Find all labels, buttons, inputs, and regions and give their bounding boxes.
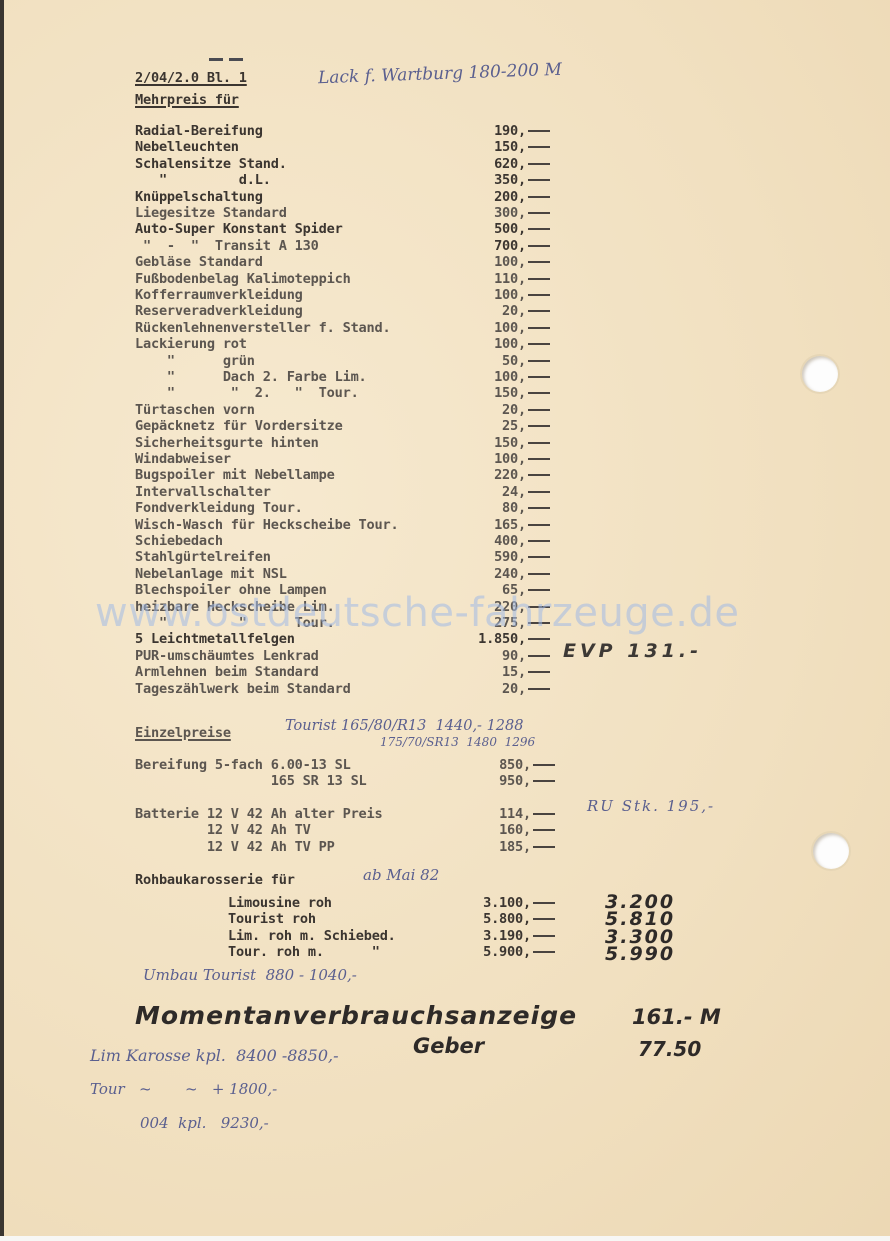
- list-item: Bereifung 5-fach 6.00-13 SL850,: [0, 757, 890, 773]
- list-item: Schalensitze Stand.620,: [0, 156, 890, 172]
- list-item: Tageszählwerk beim Standard20,: [0, 681, 890, 697]
- handnote-ab-mai-82: ab Mai 82: [363, 866, 439, 884]
- handnote-004-kpl: 004 kpl. 9230,-: [140, 1114, 269, 1132]
- list-item: Lim. roh m. Schiebed.3.190,3.300: [0, 928, 890, 944]
- scanned-document-page: 2/04/2.0 Bl. 1 Mehrpreis für Lack f. War…: [0, 0, 890, 1238]
- list-item: Schiebedach400,: [0, 533, 890, 549]
- list-item: " - " Transit A 130700,: [0, 238, 890, 254]
- list-item: Sicherheitsgurte hinten150,: [0, 435, 890, 451]
- watermark: www.ostdeutsche-fahrzeuge.de: [95, 590, 740, 636]
- handnote-ru-stk: RU Stk. 195,-: [587, 797, 715, 815]
- list-item: Knüppelschaltung200,: [0, 189, 890, 205]
- section-title-einzelpreise: Einzelpreise: [135, 725, 231, 741]
- handnote-umbau: Umbau Tourist 880 - 1040,-: [143, 966, 357, 984]
- handnote-lim-karosse: Lim Karosse kpl. 8400 -8850,-: [90, 1046, 338, 1065]
- list-item: Armlehnen beim Standard15,: [0, 664, 890, 680]
- staple-marks: [209, 48, 249, 51]
- list-item: Fußbodenbelag Kalimoteppich110,: [0, 271, 890, 287]
- list-item: " grün50,: [0, 353, 890, 369]
- list-item: Kofferraumverkleidung100,: [0, 287, 890, 303]
- list-item: 12 V 42 Ah TV PP185,: [0, 839, 890, 855]
- list-item: Liegesitze Standard300,: [0, 205, 890, 221]
- handnote-tourist-tires-1: Tourist 165/80/R13 1440,- 1288: [285, 718, 523, 734]
- list-item: Reserveradverkleidung20,: [0, 303, 890, 319]
- list-item: Radial-Bereifung190,: [0, 123, 890, 139]
- handnote-tour-karosse: Tour ~ ~ + 1800,-: [90, 1080, 277, 1098]
- handnote-tourist-tires-2: 175/70/SR13 1480 1296: [380, 735, 535, 749]
- section-title-mehrpreis: Mehrpreis für: [135, 92, 239, 108]
- list-item: Lackierung rot100,: [0, 336, 890, 352]
- list-item: Türtaschen vorn20,: [0, 402, 890, 418]
- list-item: Nebelleuchten150,: [0, 139, 890, 155]
- list-item: Wisch-Wasch für Heckscheibe Tour.165,: [0, 517, 890, 533]
- scan-bottom-edge: [0, 1236, 890, 1241]
- list-item: Auto-Super Konstant Spider500,: [0, 221, 890, 237]
- list-item: 165 SR 13 SL950,: [0, 773, 890, 789]
- handnote-geber: Geber: [413, 1034, 484, 1058]
- list-item: Tour. roh m. "5.900,5.990: [0, 944, 890, 960]
- list-item: " " 2. " Tour.150,: [0, 385, 890, 401]
- handnote-momentan-price: 161.- M: [632, 1005, 721, 1029]
- list-item: PUR-umschäumtes Lenkrad90,: [0, 648, 890, 664]
- list-item: " d.L.350,: [0, 172, 890, 188]
- list-item: Fondverkleidung Tour.80,: [0, 500, 890, 516]
- handnote-evp: EVP 131.-: [563, 640, 702, 662]
- handnote-lack-wartburg: Lack f. Wartburg 180-200 M: [318, 60, 562, 89]
- section-title-rohbau: Rohbaukarosserie für: [135, 872, 295, 888]
- list-item: Nebelanlage mit NSL240,: [0, 566, 890, 582]
- list-item: Batterie 12 V 42 Ah alter Preis114,: [0, 806, 890, 822]
- list-item: Windabweiser100,: [0, 451, 890, 467]
- list-item: Limousine roh3.100,3.200: [0, 895, 890, 911]
- handnote-momentanverbrauchsanzeige: Momentanverbrauchsanzeige: [135, 1001, 577, 1030]
- handnote-geber-price: 77.50: [638, 1037, 701, 1061]
- doc-reference: 2/04/2.0 Bl. 1: [135, 70, 247, 86]
- list-item: Gepäcknetz für Vordersitze25,: [0, 418, 890, 434]
- list-item: Tourist roh5.800,5.810: [0, 911, 890, 927]
- list-item: Stahlgürtelreifen590,: [0, 549, 890, 565]
- list-item: " Dach 2. Farbe Lim.100,: [0, 369, 890, 385]
- list-item: Gebläse Standard100,: [0, 254, 890, 270]
- list-item: Rückenlehnenversteller f. Stand.100,: [0, 320, 890, 336]
- list-item: Bugspoiler mit Nebellampe220,: [0, 467, 890, 483]
- list-item: 12 V 42 Ah TV160,: [0, 822, 890, 838]
- list-item: Intervallschalter24,: [0, 484, 890, 500]
